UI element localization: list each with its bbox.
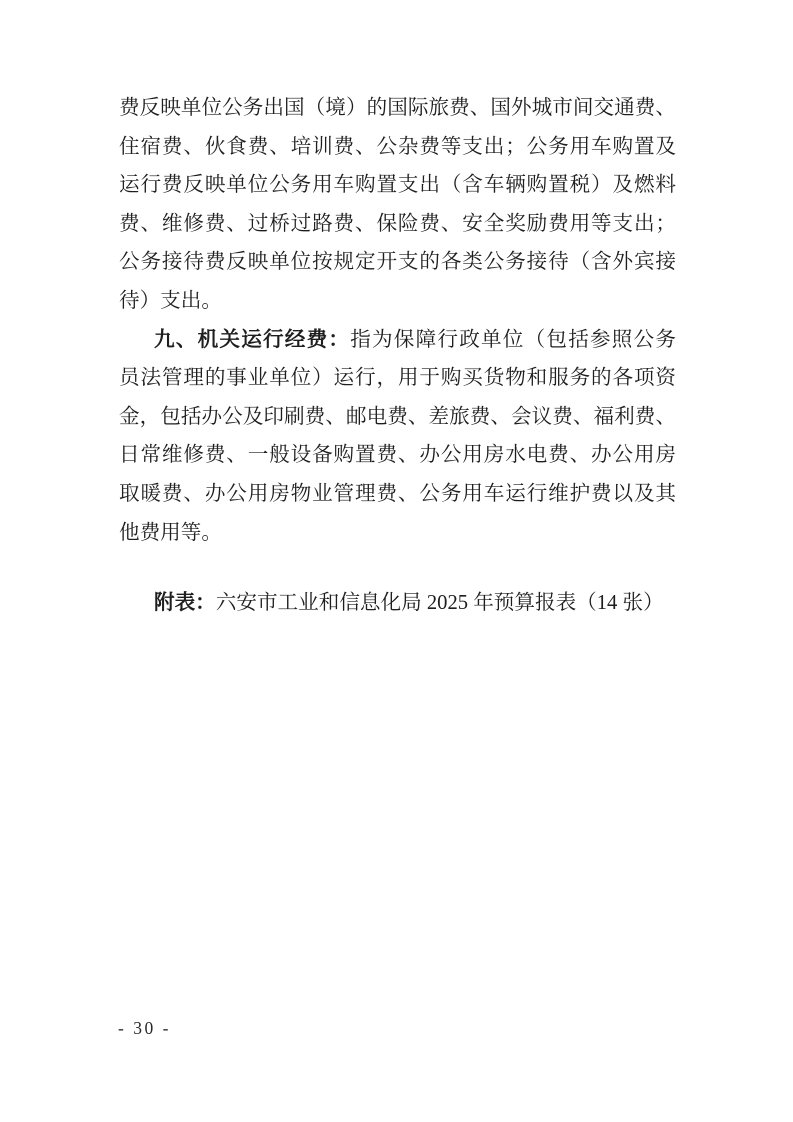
paragraph-line: 金，包括办公及印刷费、邮电费、差旅费、会议费、福利费、 (119, 398, 676, 437)
paragraph-line: 取暖费、办公用房物业管理费、公务用车运行维护费以及其 (119, 475, 676, 514)
paragraph-line: 费、维修费、过桥过路费、保险费、安全奖励费用等支出； (119, 205, 676, 244)
paragraph-line: 待）支出。 (119, 282, 676, 321)
paragraph-line: 员法管理的事业单位）运行，用于购买货物和服务的各项资 (119, 359, 676, 398)
document-body: 费反映单位公务出国（境）的国际旅费、国外城市间交通费、 住宿费、伙食费、培训费、… (119, 89, 676, 623)
paragraph-line: 公务接待费反映单位按规定开支的各类公务接待（含外宾接 (119, 243, 676, 282)
page-number: - 30 - (118, 1017, 171, 1039)
appendix-text: 六安市工业和信息化局 2025 年预算报表（14 张） (216, 592, 664, 614)
section-heading-rest: 指为保障行政单位（包括参照公务 (350, 329, 676, 351)
paragraph-line: 费反映单位公务出国（境）的国际旅费、国外城市间交通费、 (119, 89, 676, 128)
paragraph-line: 九、机关运行经费：指为保障行政单位（包括参照公务 (119, 321, 676, 360)
section-heading: 九、机关运行经费： (154, 328, 350, 351)
paragraph-line: 住宿费、伙食费、培训费、公杂费等支出；公务用车购置及 (119, 128, 676, 167)
paragraph-line: 他费用等。 (119, 514, 676, 553)
paragraph-line: 运行费反映单位公务用车购置支出（含车辆购置税）及燃料 (119, 166, 676, 205)
paragraph-line: 日常维修费、一般设备购置费、办公用房水电费、办公用房 (119, 436, 676, 475)
document-page: 费反映单位公务出国（境）的国际旅费、国外城市间交通费、 住宿费、伙食费、培训费、… (0, 0, 793, 1122)
appendix-line: 附表：六安市工业和信息化局 2025 年预算报表（14 张） (119, 584, 676, 623)
appendix-label: 附表： (154, 591, 216, 614)
